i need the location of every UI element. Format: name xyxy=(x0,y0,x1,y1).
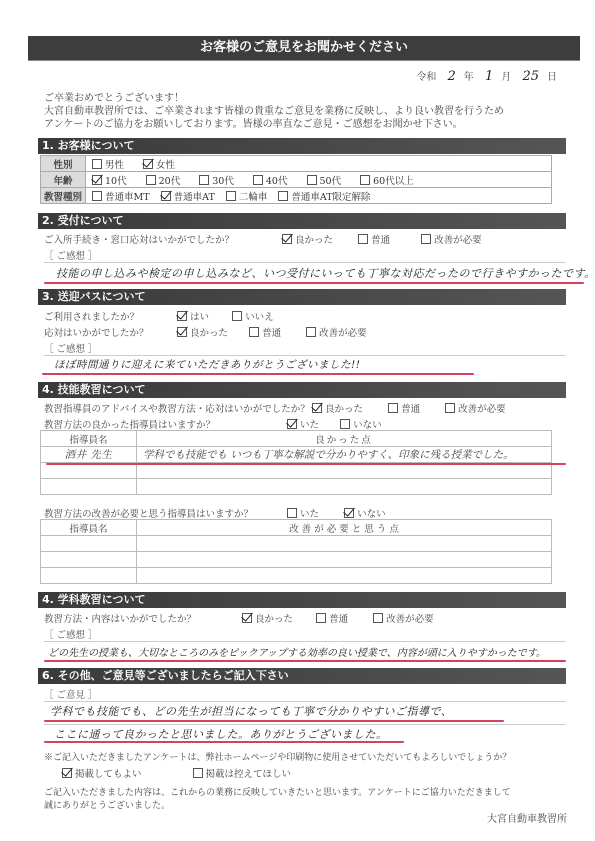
option-no[interactable]: いいえ xyxy=(232,309,274,323)
highlight-underline xyxy=(44,741,404,743)
table-row: 酒井 先生 学科でも技能でも いつも丁寧な解説で分かりやすく、印象に残る授業でし… xyxy=(41,447,552,463)
improvement-points-cell[interactable] xyxy=(137,536,552,552)
option-female[interactable]: 女性 xyxy=(143,157,175,171)
intro-line-3: アンケートのご協力をお願いしております。皆様の率直なご意見・ご感想をお聞かせ下さ… xyxy=(44,118,504,131)
checkbox-checked-icon[interactable] xyxy=(92,175,102,185)
shuttle-comment[interactable]: ほぼ時間通りに迎えに来ていただきありがとうございました!! xyxy=(54,357,360,372)
option-label: 改善が必要 xyxy=(434,235,482,246)
checkbox-checked-icon[interactable] xyxy=(177,327,187,337)
question-text: 教習方法の良かった指導員はいますか？ xyxy=(44,417,284,431)
closing-line-2: 誠にありがとうございました。 xyxy=(44,800,511,813)
intro-line-1: ご卒業おめでとうございます！ xyxy=(44,92,504,105)
table-row-gender: 性別 男性 女性 xyxy=(41,156,552,172)
checkbox-checked-icon[interactable] xyxy=(312,403,322,413)
highlight-underline xyxy=(42,373,474,375)
highlight-underline xyxy=(44,282,584,284)
checkbox-icon[interactable] xyxy=(445,403,455,413)
option-at[interactable]: 普通車AT xyxy=(161,189,215,203)
good-points-cell[interactable] xyxy=(137,479,552,495)
date-era: 令和 xyxy=(416,72,436,83)
page-title: お客様のご意見をお聞かせください xyxy=(28,36,580,61)
option-good[interactable]: 良かった xyxy=(312,401,363,415)
section-heading-other-comments: 6. その他、ご意見等ございましたらご記入下さい xyxy=(38,668,566,684)
option-label: 良かった xyxy=(255,614,293,625)
instructor-name-cell[interactable] xyxy=(41,536,137,552)
section-heading-classroom-lessons: 4. 学科教習について xyxy=(38,592,566,608)
age-label: 年齢 xyxy=(41,172,86,188)
checkbox-checked-icon[interactable] xyxy=(143,159,153,169)
option-label: はい xyxy=(190,312,209,323)
divider xyxy=(44,641,566,642)
table-header-row: 指導員名 良かった点 xyxy=(41,431,552,447)
option-mt[interactable]: 普通車MT xyxy=(92,189,150,203)
table-row xyxy=(41,568,552,584)
question-text: 教習方法・内容はいかがでしたか？ xyxy=(44,611,239,625)
option-normal[interactable]: 普通 xyxy=(358,232,390,246)
column-header-instructor: 指導員名 xyxy=(41,431,137,447)
option-label: 普通車AT xyxy=(174,192,215,203)
date-month-label: 月 xyxy=(501,72,511,83)
table-row xyxy=(41,536,552,552)
option-10s[interactable]: 10代 xyxy=(92,173,127,187)
table-row xyxy=(41,479,552,495)
checkbox-checked-icon[interactable] xyxy=(344,508,354,518)
checkbox-icon[interactable] xyxy=(421,234,431,244)
checkbox-icon[interactable] xyxy=(92,191,102,201)
course-label: 教習種別 xyxy=(41,188,86,204)
table-row-age: 年齢 10代 20代 30代 40代 50代 60代以上 xyxy=(41,172,552,188)
option-label: 普通 xyxy=(371,235,390,246)
checkbox-icon[interactable] xyxy=(193,768,203,778)
option-label: 男性 xyxy=(105,160,124,171)
option-label: 10代 xyxy=(105,176,127,187)
classroom-comment[interactable]: どの先生の授業も、大切なところのみをピックアップする効率の良い授業で、内容が頭に… xyxy=(48,644,546,659)
option-30s[interactable]: 30代 xyxy=(199,173,234,187)
option-good[interactable]: 良かった xyxy=(242,611,293,625)
checkbox-icon[interactable] xyxy=(278,191,288,201)
section-heading-shuttle-bus: 3. 送迎バスについて xyxy=(38,289,566,305)
question-text: 教習方法の改善が必要と思う指導員はいますか？ xyxy=(44,506,284,520)
divider xyxy=(44,701,566,702)
option-label: 女性 xyxy=(156,160,175,171)
reception-question-row: ご入所手続き・窓口応対はいかがでしたか？ 良かった 普通 改善が必要 xyxy=(44,232,498,246)
date-day-label: 日 xyxy=(547,72,557,83)
option-label: 40代 xyxy=(266,176,288,187)
option-label: 30代 xyxy=(212,176,234,187)
consent-question: ※ご記入いただきましたアンケートは、弊社ホームページや印刷物に使用させていただい… xyxy=(44,752,511,765)
improve-instructor-row: 教習方法の改善が必要と思う指導員はいますか？ いた いない xyxy=(44,506,402,520)
date-year-label: 年 xyxy=(464,72,474,83)
instructor-name-cell[interactable] xyxy=(41,479,137,495)
checkbox-icon[interactable] xyxy=(249,327,259,337)
option-label: 20代 xyxy=(159,176,181,187)
option-label: 普通 xyxy=(329,614,348,625)
improvement-points-cell[interactable] xyxy=(137,568,552,584)
option-label: 50代 xyxy=(320,176,342,187)
bus-service-row: 応対はいかがでしたか？ 良かった 普通 改善が必要 xyxy=(44,325,383,339)
option-label: 良かった xyxy=(325,404,363,415)
option-yes[interactable]: いた xyxy=(287,506,319,520)
instructor-advice-row: 教習指導員のアドバイスや教習方法・応対はいかがでしたか？ 良かった 普通 改善が… xyxy=(44,401,522,415)
option-label: 普通 xyxy=(401,404,420,415)
checkbox-icon[interactable] xyxy=(373,613,383,623)
table-row xyxy=(41,552,552,568)
column-header-instructor: 指導員名 xyxy=(41,520,137,536)
option-allow-publish[interactable]: 掲載してもよい xyxy=(62,766,142,780)
option-label: 普通 xyxy=(262,328,281,339)
column-header-improvement-points: 改 善 が 必 要 と 思 う 点 xyxy=(137,520,552,536)
option-label: 掲載してもよい xyxy=(75,769,142,780)
option-at-removal[interactable]: 普通車AT限定解除 xyxy=(278,189,370,203)
date-year[interactable]: 2 xyxy=(448,69,456,84)
option-label: 改善が必要 xyxy=(458,404,506,415)
date-month[interactable]: 1 xyxy=(485,69,493,84)
option-label: 60代以上 xyxy=(373,176,414,187)
checkbox-icon[interactable] xyxy=(253,175,263,185)
reception-comment[interactable]: 技能の申し込みや検定の申し込みなど、いつ受付にいっても丁寧な対応だったので行きや… xyxy=(56,265,595,281)
comment-label: ［ ご感想 ］ xyxy=(44,341,98,355)
other-comment-line-1[interactable]: 学科でも技能でも、どの先生が担当になっても丁寧で分かりやすいご指導で、 xyxy=(50,703,452,719)
question-text: ご利用されましたか？ xyxy=(44,309,174,323)
question-text: ご入所手続き・窓口応対はいかがでしたか？ xyxy=(44,232,279,246)
improvement-points-cell[interactable] xyxy=(137,552,552,568)
checkbox-checked-icon[interactable] xyxy=(242,613,252,623)
comment-label: ［ ご感想 ］ xyxy=(44,248,98,262)
table-header-row: 指導員名 改 善 が 必 要 と 思 う 点 xyxy=(41,520,552,536)
section-heading-customer: 1. お客様について xyxy=(38,138,566,154)
option-label: 改善が必要 xyxy=(386,614,434,625)
option-normal[interactable]: 普通 xyxy=(249,325,281,339)
option-label: 良かった xyxy=(190,328,228,339)
checkbox-icon[interactable] xyxy=(316,613,326,623)
checkbox-checked-icon[interactable] xyxy=(62,768,72,778)
divider xyxy=(44,724,566,725)
highlight-underline xyxy=(44,720,504,722)
option-normal[interactable]: 普通 xyxy=(316,611,348,625)
instructor-name-cell[interactable] xyxy=(41,552,137,568)
question-text: 応対はいかがでしたか？ xyxy=(44,325,174,339)
instructor-name-cell[interactable] xyxy=(41,568,137,584)
option-needs-improvement[interactable]: 改善が必要 xyxy=(373,611,434,625)
option-needs-improvement[interactable]: 改善が必要 xyxy=(445,401,506,415)
checkbox-icon[interactable] xyxy=(360,175,370,185)
closing-line-1: ご記入いただきました内容は、これからの業務に反映していきたいと思います。アンケー… xyxy=(44,787,511,800)
divider xyxy=(44,355,566,356)
option-20s[interactable]: 20代 xyxy=(146,173,181,187)
customer-info-table: 性別 男性 女性 年齢 10代 20代 30代 40代 50代 60代以上 教習… xyxy=(40,155,552,204)
option-male[interactable]: 男性 xyxy=(92,157,124,171)
highlight-underline xyxy=(46,463,566,465)
option-good[interactable]: 良かった xyxy=(177,325,228,339)
option-needs-improvement[interactable]: 改善が必要 xyxy=(306,325,367,339)
option-label: 改善が必要 xyxy=(319,328,367,339)
other-comment-line-2[interactable]: ここに通って良かったと思いました。ありがとうございました。 xyxy=(54,726,388,742)
table-row-course: 教習種別 普通車MT 普通車AT 二輪車 普通車AT限定解除 xyxy=(41,188,552,204)
option-motorcycle[interactable]: 二輪車 xyxy=(226,189,268,203)
checkbox-checked-icon[interactable] xyxy=(177,311,187,321)
consent-options-row: 掲載してもよい 掲載は控えてほしい xyxy=(62,766,307,780)
option-label: 二輪車 xyxy=(239,192,268,203)
highlight-underline xyxy=(44,660,566,662)
checkbox-icon[interactable] xyxy=(232,311,242,321)
checkbox-icon[interactable] xyxy=(146,175,156,185)
intro-text: ご卒業おめでとうございます！ 大宮自動車教習所では、ご卒業されます皆様の貴重なご… xyxy=(44,92,504,131)
option-normal[interactable]: 普通 xyxy=(388,401,420,415)
checkbox-icon[interactable] xyxy=(340,419,350,429)
checkbox-checked-icon[interactable] xyxy=(161,191,171,201)
option-label: いいえ xyxy=(245,312,274,323)
checkbox-icon[interactable] xyxy=(287,508,297,518)
checkbox-icon[interactable] xyxy=(358,234,368,244)
good-instructor-row: 教習方法の良かった指導員はいますか？ いた いない xyxy=(44,417,398,431)
intro-line-2: 大宮自動車教習所では、ご卒業されます皆様の貴重なご意見を業務に反映し、より良い教… xyxy=(44,105,504,118)
checkbox-icon[interactable] xyxy=(307,175,317,185)
date-day[interactable]: 25 xyxy=(522,69,539,84)
option-label: 普通車MT xyxy=(105,192,150,203)
option-label: 良かった xyxy=(295,235,333,246)
date-field: 令和 2年 1月 25日 xyxy=(416,68,557,84)
closing-text: ご記入いただきました内容は、これからの業務に反映していきたいと思います。アンケー… xyxy=(44,787,511,813)
option-no[interactable]: いない xyxy=(340,417,382,431)
option-yes[interactable]: いた xyxy=(287,417,319,431)
improve-instructor-table: 指導員名 改 善 が 必 要 と 思 う 点 xyxy=(40,519,552,584)
classroom-question-row: 教習方法・内容はいかがでしたか？ 良かった 普通 改善が必要 xyxy=(44,611,450,625)
checkbox-icon[interactable] xyxy=(306,327,316,337)
option-50s[interactable]: 50代 xyxy=(307,173,342,187)
option-decline-publish[interactable]: 掲載は控えてほしい xyxy=(193,766,292,780)
column-header-good-points: 良かった点 xyxy=(137,431,552,447)
bus-usage-row: ご利用されましたか？ はい いいえ xyxy=(44,309,290,323)
question-text: 教習指導員のアドバイスや教習方法・応対はいかがでしたか？ xyxy=(44,401,309,415)
checkbox-checked-icon[interactable] xyxy=(287,419,297,429)
section-heading-driving-lessons: 4. 技能教習について xyxy=(38,382,566,398)
option-40s[interactable]: 40代 xyxy=(253,173,288,187)
option-needs-improvement[interactable]: 改善が必要 xyxy=(421,232,482,246)
checkbox-icon[interactable] xyxy=(199,175,209,185)
good-points-cell[interactable]: 学科でも技能でも いつも丁寧な解説で分かりやすく、印象に残る授業でした。 xyxy=(137,447,552,463)
option-no[interactable]: いない xyxy=(344,506,386,520)
instructor-name-cell[interactable]: 酒井 先生 xyxy=(41,447,137,463)
checkbox-icon[interactable] xyxy=(388,403,398,413)
gender-label: 性別 xyxy=(41,156,86,172)
divider xyxy=(44,262,566,263)
comment-label: ［ ご感想 ］ xyxy=(44,627,98,641)
checkbox-checked-icon[interactable] xyxy=(282,234,292,244)
option-label: 普通車AT限定解除 xyxy=(291,192,370,203)
comment-label: ［ ご意見 ］ xyxy=(44,687,98,701)
option-60s-plus[interactable]: 60代以上 xyxy=(360,173,414,187)
checkbox-icon[interactable] xyxy=(92,159,102,169)
option-good[interactable]: 良かった xyxy=(282,232,333,246)
option-yes[interactable]: はい xyxy=(177,309,209,323)
signature: 大宮自動車教習所 xyxy=(487,813,567,826)
section-heading-reception: 2. 受付について xyxy=(38,213,566,229)
option-label: 掲載は控えてほしい xyxy=(206,769,292,780)
checkbox-icon[interactable] xyxy=(226,191,236,201)
